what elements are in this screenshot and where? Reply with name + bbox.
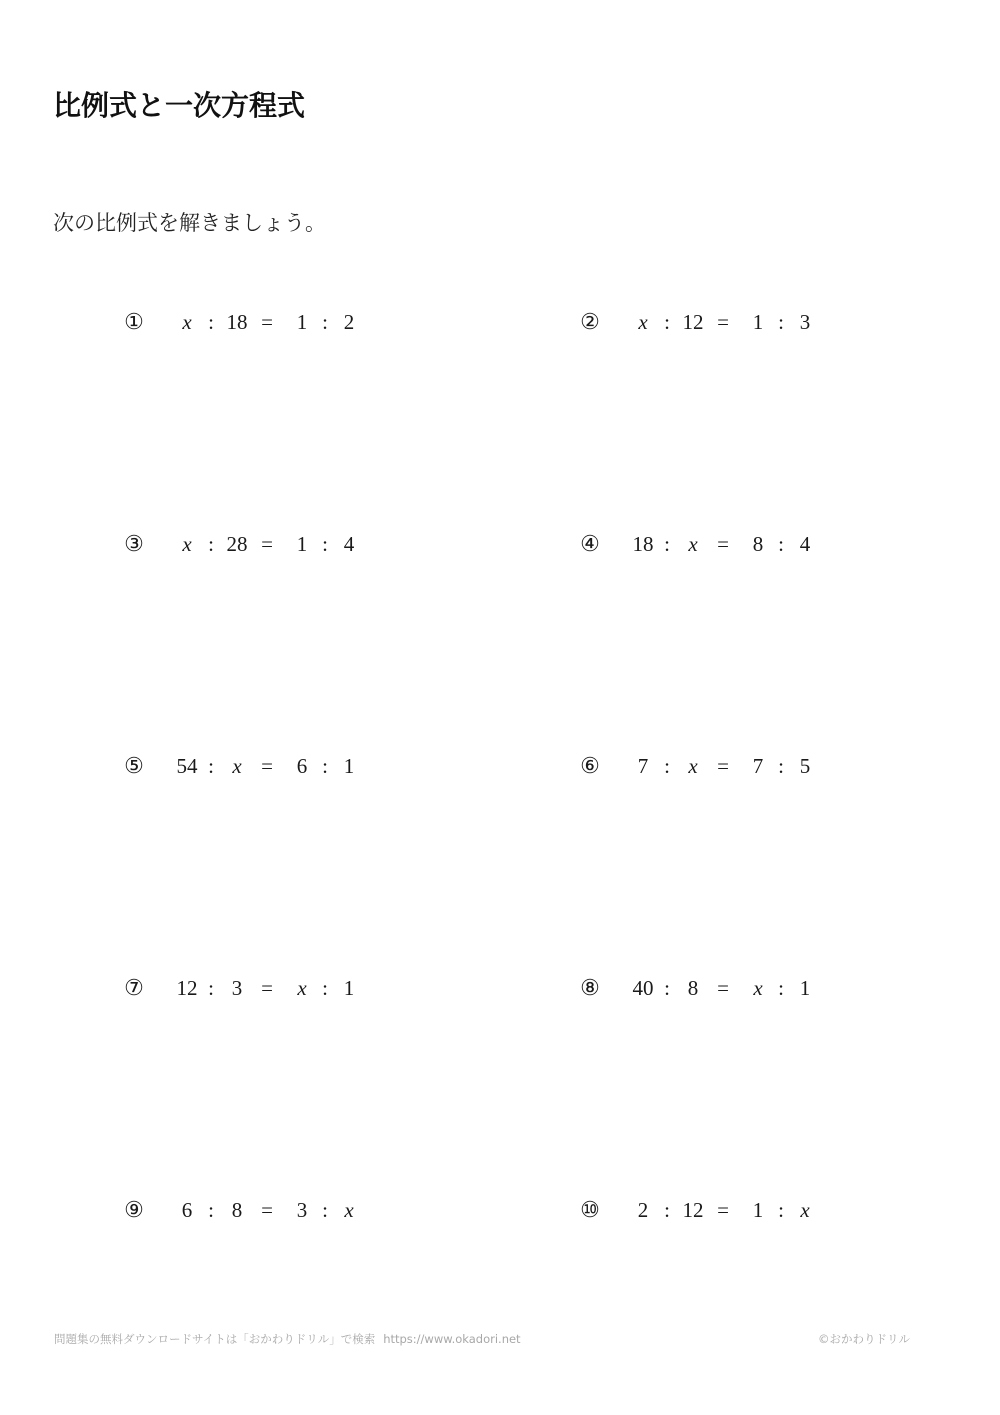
ratio-colon: : — [317, 307, 333, 337]
ratio-colon: : — [317, 529, 333, 559]
equals-sign: = — [713, 751, 733, 781]
problem-number: ⑨ — [119, 1195, 149, 1225]
problem-number: ⑤ — [119, 751, 149, 781]
copyright-text: ©おかわりドリル — [818, 1330, 910, 1348]
equals-sign: = — [713, 307, 733, 337]
term-a: 6 — [167, 1195, 207, 1225]
term-b: 8 — [673, 973, 713, 1003]
ratio-colon: : — [317, 1195, 333, 1225]
problem-10: ⑩ 2 : 12 = 1 : x — [575, 1195, 835, 1225]
term-a: 7 — [623, 751, 663, 781]
problem-number: ② — [575, 307, 605, 337]
problem-number: ⑦ — [119, 973, 149, 1003]
term-b: x — [673, 529, 713, 559]
problem-number: ⑩ — [575, 1195, 605, 1225]
problem-number: ④ — [575, 529, 605, 559]
problem-1: ① x : 18 = 1 : 2 — [119, 307, 379, 337]
term-a: x — [167, 529, 207, 559]
problem-9: ⑨ 6 : 8 = 3 : x — [119, 1195, 379, 1225]
problem-number: ① — [119, 307, 149, 337]
ratio-colon: : — [773, 1195, 789, 1225]
term-d: 5 — [788, 751, 822, 781]
term-b: x — [673, 751, 713, 781]
ratio-colon: : — [773, 529, 789, 559]
term-b: 8 — [217, 1195, 257, 1225]
term-c: 1 — [285, 529, 319, 559]
term-b: 3 — [217, 973, 257, 1003]
term-a: 12 — [167, 973, 207, 1003]
ratio-colon: : — [317, 973, 333, 1003]
footer-url-link[interactable]: https://www.okadori.net — [383, 1332, 520, 1346]
equals-sign: = — [257, 529, 277, 559]
footer-note: 問題集の無料ダウンロードサイトは「おかわりドリル」で検索https://www.… — [54, 1330, 521, 1348]
term-c: 7 — [741, 751, 775, 781]
equals-sign: = — [257, 307, 277, 337]
ratio-colon: : — [317, 751, 333, 781]
term-c: 1 — [285, 307, 319, 337]
term-d: 4 — [332, 529, 366, 559]
term-d: 1 — [332, 751, 366, 781]
problem-2: ② x : 12 = 1 : 3 — [575, 307, 835, 337]
problem-number: ⑧ — [575, 973, 605, 1003]
term-d: x — [788, 1195, 822, 1225]
term-c: 1 — [741, 307, 775, 337]
term-a: 54 — [167, 751, 207, 781]
term-d: 4 — [788, 529, 822, 559]
equals-sign: = — [257, 1195, 277, 1225]
term-d: 3 — [788, 307, 822, 337]
term-a: x — [623, 307, 663, 337]
term-b: 12 — [673, 307, 713, 337]
footer-search-text: 問題集の無料ダウンロードサイトは「おかわりドリル」で検索 — [54, 1332, 375, 1346]
term-a: 18 — [623, 529, 663, 559]
term-b: x — [217, 751, 257, 781]
problem-number: ③ — [119, 529, 149, 559]
term-c: 1 — [741, 1195, 775, 1225]
equals-sign: = — [713, 973, 733, 1003]
term-b: 28 — [217, 529, 257, 559]
equals-sign: = — [713, 1195, 733, 1225]
term-c: 6 — [285, 751, 319, 781]
term-d: 1 — [332, 973, 366, 1003]
term-a: 2 — [623, 1195, 663, 1225]
ratio-colon: : — [773, 973, 789, 1003]
problem-5: ⑤ 54 : x = 6 : 1 — [119, 751, 379, 781]
term-b: 12 — [673, 1195, 713, 1225]
problem-4: ④ 18 : x = 8 : 4 — [575, 529, 835, 559]
ratio-colon: : — [773, 307, 789, 337]
term-a: x — [167, 307, 207, 337]
term-c: x — [741, 973, 775, 1003]
term-c: 8 — [741, 529, 775, 559]
term-d: 1 — [788, 973, 822, 1003]
term-b: 18 — [217, 307, 257, 337]
term-c: 3 — [285, 1195, 319, 1225]
problem-3: ③ x : 28 = 1 : 4 — [119, 529, 379, 559]
problem-7: ⑦ 12 : 3 = x : 1 — [119, 973, 379, 1003]
problem-number: ⑥ — [575, 751, 605, 781]
term-d: x — [332, 1195, 366, 1225]
ratio-colon: : — [773, 751, 789, 781]
problem-6: ⑥ 7 : x = 7 : 5 — [575, 751, 835, 781]
equals-sign: = — [257, 973, 277, 1003]
term-d: 2 — [332, 307, 366, 337]
equals-sign: = — [257, 751, 277, 781]
equals-sign: = — [713, 529, 733, 559]
term-c: x — [285, 973, 319, 1003]
problem-grid: ① x : 18 = 1 : 2 ② x : 12 = 1 : 3 ③ x : … — [0, 0, 1000, 1415]
problem-8: ⑧ 40 : 8 = x : 1 — [575, 973, 835, 1003]
term-a: 40 — [623, 973, 663, 1003]
